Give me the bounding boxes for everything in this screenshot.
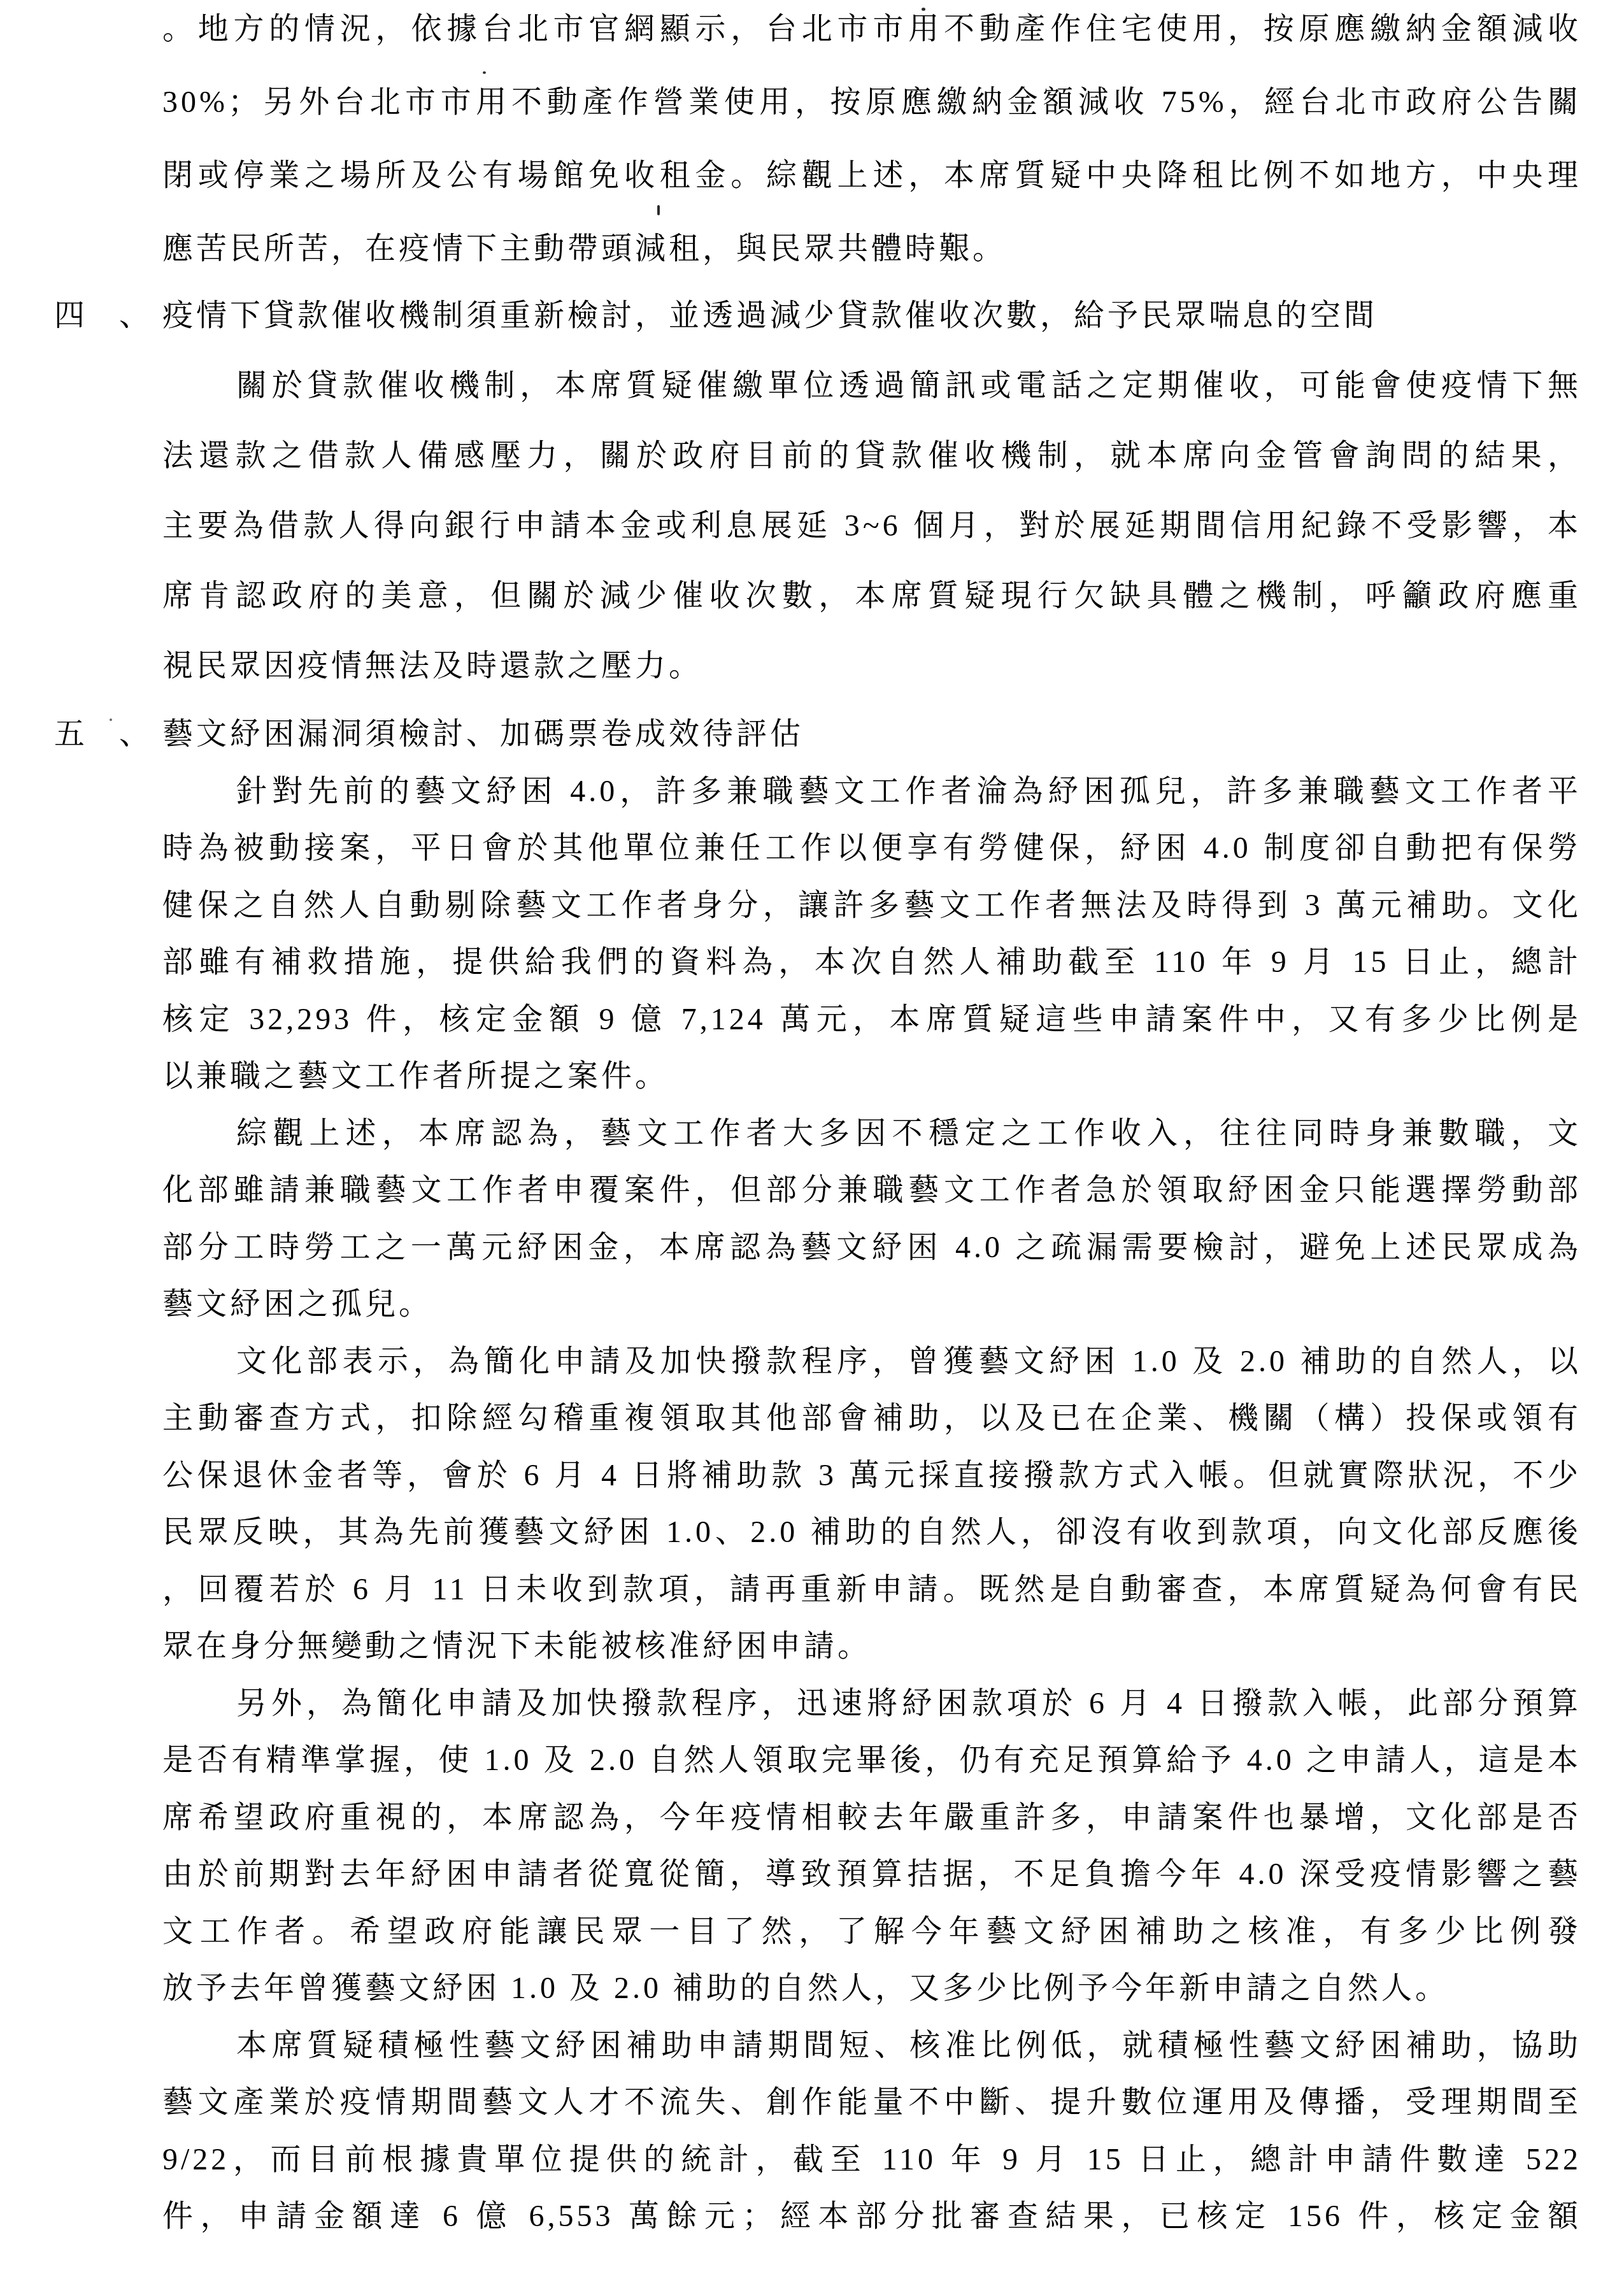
text-line: 眾在身分無變動之情況下未能被核准紓困申請。 — [162, 1618, 1581, 1675]
item5-section: 藝文紓困漏洞須檢討、加碼票卷成效待評估 針對先前的藝文紓困 4.0，許多兼職藝文… — [162, 706, 1581, 2245]
text-line: 法還款之借款人備感壓力，關於政府目前的貸款催收機制，就本席向金管會詢問的結果， — [162, 421, 1581, 491]
text-line: 閉或停業之場所及公有場館免收租金。綜觀上述，本席質疑中央降租比例不如地方，中央理 — [162, 139, 1581, 212]
text-line: 以兼職之藝文工作者所提之案件。 — [162, 1048, 1581, 1105]
scan-artifact — [110, 718, 112, 721]
text-line: 主要為借款人得向銀行申請本金或利息展延 3~6 個月，對於展延期間信用紀錄不受影… — [162, 491, 1581, 561]
item4-heading: 疫情下貸款催收機制須重新檢討，並透過減少貸款催收次數，給予民眾喘息的空間 — [162, 281, 1581, 351]
text-line: 由於前期對去年紓困申請者從寬從簡，導致預算拮据，不足負擔今年 4.0 深受疫情影… — [162, 1846, 1581, 1903]
item-number-char: 四 — [54, 281, 85, 351]
text-line: 針對先前的藝文紓困 4.0，許多兼職藝文工作者淪為紓困孤兒，許多兼職藝文工作者平 — [162, 763, 1581, 820]
text-line: 件，申請金額達 6 億 6,553 萬餘元；經本部分批審查結果，已核定 156 … — [162, 2188, 1581, 2245]
text-line: 部雖有補救措施，提供給我們的資料為，本次自然人補助截至 110 年 9 月 15… — [162, 934, 1581, 991]
text-line: 核定 32,293 件，核定金額 9 億 7,124 萬元，本席質疑這些申請案件… — [162, 991, 1581, 1048]
text-line: 化部雖請兼職藝文工作者申覆案件，但部分兼職藝文工作者急於領取紓困金只能選擇勞動部 — [162, 1162, 1581, 1219]
text-line: 席肯認政府的美意，但關於減少催收次數，本席質疑現行欠缺具體之機制，呼籲政府應重 — [162, 561, 1581, 631]
text-line: 。地方的情況，依據台北市官網顯示，台北市市用不動產作住宅使用，按原應繳納金額減收 — [162, 0, 1581, 66]
text-line: 9/22，而目前根據貴單位提供的統計，截至 110 年 9 月 15 日止，總計… — [162, 2131, 1581, 2189]
text-line: 放予去年曾獲藝文紓困 1.0 及 2.0 補助的自然人，又多少比例予今年新申請之… — [162, 1960, 1581, 2017]
text-line: 部分工時勞工之一萬元紓困金，本席認為藝文紓困 4.0 之疏漏需要檢討，避免上述民… — [162, 1219, 1581, 1276]
text-line: 視民眾因疫情無法及時還款之壓力。 — [162, 631, 1581, 701]
document-page: 。地方的情況，依據台北市官網顯示，台北市市用不動產作住宅使用，按原應繳納金額減收… — [0, 0, 1624, 2272]
intro-paragraph-block: 。地方的情況，依據台北市官網顯示，台北市市用不動產作住宅使用，按原應繳納金額減收… — [162, 0, 1581, 285]
text-line: 時為被動接案，平日會於其他單位兼任工作以便享有勞健保，紓困 4.0 制度卻自動把… — [162, 820, 1581, 877]
text-line: 應苦民所苦，在疫情下主動帶頭減租，與民眾共體時艱。 — [162, 212, 1581, 285]
text-line: 藝文紓困之孤兒。 — [162, 1276, 1581, 1333]
item5-heading: 藝文紓困漏洞須檢討、加碼票卷成效待評估 — [162, 706, 1581, 763]
text-line: 席希望政府重視的，本席認為，今年疫情相較去年嚴重許多，申請案件也暴增，文化部是否 — [162, 1789, 1581, 1847]
text-line: 綜觀上述，本席認為，藝文工作者大多因不穩定之工作收入，往往同時身兼數職，文 — [162, 1105, 1581, 1162]
text-line: 文化部表示，為簡化申請及加快撥款程序，曾獲藝文紓困 1.0 及 2.0 補助的自… — [162, 1333, 1581, 1390]
text-line: 文工作者。希望政府能讓民眾一目了然，了解今年藝文紓困補助之核准，有多少比例發 — [162, 1903, 1581, 1961]
text-line: 藝文產業於疫情期間藝文人才不流失、創作能量不中斷、提升數位運用及傳播，受理期間至 — [162, 2074, 1581, 2131]
item-number-char: 五 — [54, 706, 85, 763]
text-line: 是否有精準掌握，使 1.0 及 2.0 自然人領取完畢後，仍有充足預算給予 4.… — [162, 1732, 1581, 1789]
scan-artifact — [922, 8, 925, 11]
text-line: 另外，為簡化申請及加快撥款程序，迅速將紓困款項於 6 月 4 日撥款入帳，此部分… — [162, 1675, 1581, 1733]
text-line: 民眾反映，其為先前獲藝文紓困 1.0、2.0 補助的自然人，卻沒有收到款項，向文… — [162, 1504, 1581, 1561]
item5-lines: 針對先前的藝文紓困 4.0，許多兼職藝文工作者淪為紓困孤兒，許多兼職藝文工作者平… — [162, 763, 1581, 2245]
intro-lines: 。地方的情況，依據台北市官網顯示，台北市市用不動產作住宅使用，按原應繳納金額減收… — [162, 0, 1581, 285]
text-line: 公保退休金者等，會於 6 月 4 日將補助款 3 萬元採直接撥款方式入帳。但就實… — [162, 1447, 1581, 1504]
text-line: 主動審查方式，扣除經勾稽重複領取其他部會補助，以及已在企業、機關（構）投保或領有 — [162, 1390, 1581, 1447]
item4-section: 疫情下貸款催收機制須重新檢討，並透過減少貸款催收次數，給予民眾喘息的空間 關於貸… — [162, 281, 1581, 701]
item4-number: 四、 — [54, 281, 150, 351]
item5-number: 五、 — [54, 706, 150, 763]
item-number-char: 、 — [119, 281, 150, 351]
text-line: 關於貸款催收機制，本席質疑催繳單位透過簡訊或電話之定期催收，可能會使疫情下無 — [162, 351, 1581, 421]
item-number-char: 、 — [119, 706, 150, 763]
scan-artifact — [483, 71, 486, 74]
text-line: ，回覆若於 6 月 11 日未收到款項，請再重新申請。既然是自動審查，本席質疑為… — [162, 1561, 1581, 1618]
text-line: 本席質疑積極性藝文紓困補助申請期間短、核准比例低，就積極性藝文紓困補助，協助 — [162, 2017, 1581, 2075]
item4-lines: 關於貸款催收機制，本席質疑催繳單位透過簡訊或電話之定期催收，可能會使疫情下無法還… — [162, 351, 1581, 701]
text-line: 健保之自然人自動剔除藝文工作者身分，讓許多藝文工作者無法及時得到 3 萬元補助。… — [162, 877, 1581, 934]
scan-artifact — [657, 205, 660, 215]
text-line: 30%；另外台北市市用不動產作營業使用，按原應繳納金額減收 75%，經台北市政府… — [162, 66, 1581, 139]
